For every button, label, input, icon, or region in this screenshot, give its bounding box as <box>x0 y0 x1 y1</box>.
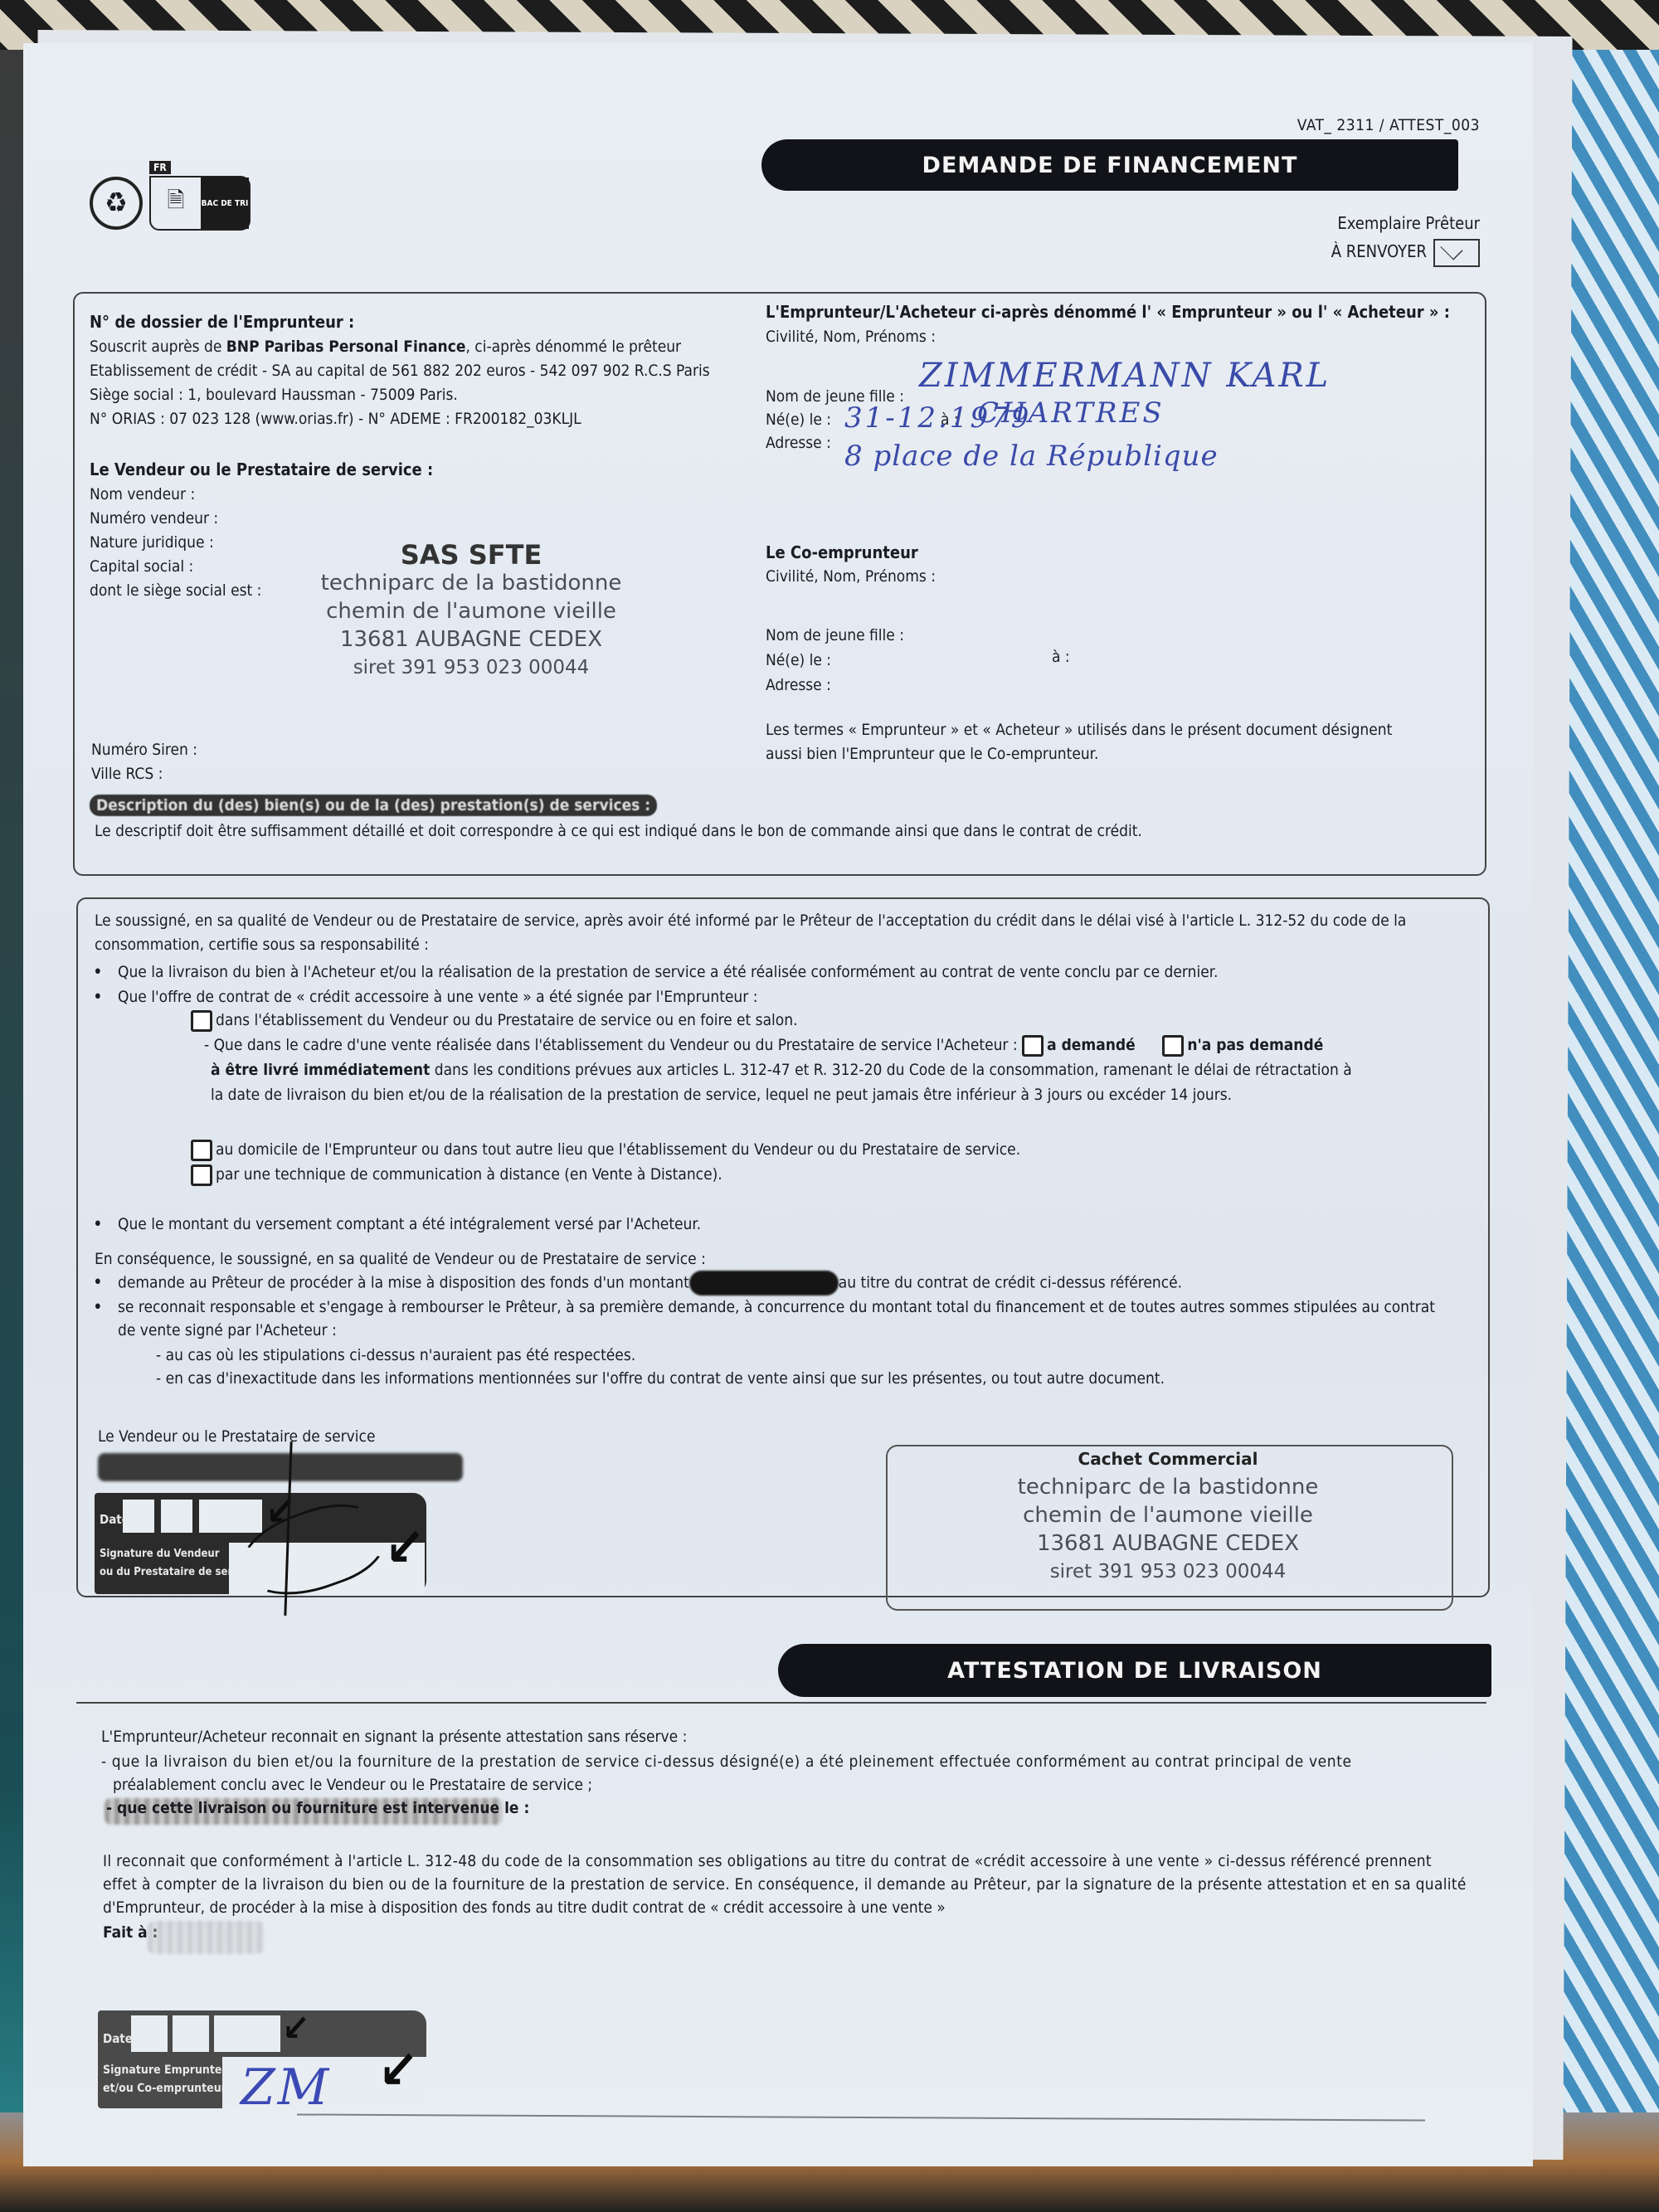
certification-bullet-1: Que la livraison du bien à l'Acheteur et… <box>118 960 1218 984</box>
copy-label-block: Exemplaire Prêteur À RENVOYER <box>1331 209 1480 267</box>
vendor-name-label: Nom vendeur : <box>90 483 261 507</box>
vendor-signature-heading: Le Vendeur ou le Prestataire de service <box>98 1425 375 1449</box>
info-tri-logo: FR 🗎 BAC DE TRI <box>149 176 251 231</box>
responsibility-line-1: se reconnait responsable et s'engage à r… <box>118 1296 1435 1320</box>
arrow-down-left-icon: ↙ <box>282 2010 309 2047</box>
borrower-birth-label: Né(e) le : <box>766 408 831 432</box>
borrower-date-day[interactable] <box>131 2015 168 2052</box>
envelope-icon <box>1433 239 1480 267</box>
attestation-item-1-line-1: - que la livraison du bien et/ou la four… <box>101 1750 1352 1774</box>
page-title: DEMANDE DE FINANCEMENT <box>761 139 1458 191</box>
attestation-title: ATTESTATION DE LIVRAISON <box>778 1644 1491 1697</box>
borrower-civility-label: Civilité, Nom, Prénoms : <box>766 325 936 349</box>
copy-label: Exemplaire Prêteur <box>1331 209 1480 237</box>
attestation-item-1-line-2: préalablement conclu avec le Vendeur ou … <box>113 1773 592 1797</box>
borrower-signature-label-2: et/ou Co-emprunteur : <box>103 2080 234 2097</box>
checkbox-not-asked[interactable] <box>1162 1035 1184 1057</box>
description-heading-wrap: Description du (des) bien(s) ou de la (d… <box>90 794 657 818</box>
coborrower-birth-label: Né(e) le : <box>766 649 831 673</box>
option-establishment-label: dans l'établissement du Vendeur ou du Pr… <box>216 1011 798 1029</box>
lender-name: BNP Paribas Personal Finance <box>226 338 466 356</box>
borrower-name-value[interactable]: ZIMMERMANN KARL <box>919 357 1331 395</box>
borrower-heading: L'Emprunteur/L'Acheteur ci-après dénommé… <box>766 300 1450 324</box>
vendor-number-label: Numéro vendeur : <box>90 507 261 531</box>
vendor-stamp: SAS SFTE techniparc de la bastidonne che… <box>297 541 645 682</box>
attestation-item-2: - que cette livraison ou fourniture est … <box>106 1796 529 1821</box>
recycling-bin-icon: BAC DE TRI <box>201 177 249 229</box>
asked-label: a demandé <box>1047 1036 1136 1054</box>
immediate-delivery-text: dans les conditions prévues aux articles… <box>430 1061 1351 1079</box>
lender-line-1: Souscrit auprès de BNP Paribas Personal … <box>90 335 681 359</box>
borrower-birth-place-value[interactable]: CHARTRES <box>977 396 1165 430</box>
certification-bullet-2: Que l'offre de contrat de « crédit acces… <box>118 985 757 1009</box>
vendor-signature-label-1: Signature du Vendeur <box>100 1546 220 1563</box>
funds-request: demande au Prêteur de procéder à la mise… <box>118 1271 1182 1296</box>
borrower-date-year[interactable] <box>214 2015 280 2052</box>
stamp-line-1: techniparc de la bastidonne <box>297 569 645 597</box>
option-distance: par une technique de communication à dis… <box>191 1163 722 1187</box>
stamp-siret: siret 391 953 023 00044 <box>297 654 645 682</box>
info-tri-region: FR <box>149 161 171 174</box>
arrow-down-left-icon: ↙ <box>385 1521 425 1574</box>
coborrower-maiden-label: Nom de jeune fille : <box>766 624 904 648</box>
vendor-date-day[interactable] <box>123 1500 154 1533</box>
document-reference: VAT_ 2311 / ATTEST_003 <box>1297 116 1480 134</box>
responsibility-line-2: de vente signé par l'Acheteur : <box>118 1319 337 1343</box>
vendor-heading: Le Vendeur ou le Prestataire de service … <box>90 458 433 482</box>
immediate-delivery-line: - Que dans le cadre d'une vente réalisée… <box>204 1033 1323 1057</box>
attestation-intro: L'Emprunteur/Acheteur reconnait en signa… <box>101 1725 687 1749</box>
option-home-label: au domicile de l'Emprunteur ou dans tout… <box>216 1140 1020 1159</box>
lender-line-3: Siège social : 1, boulevard Haussman - 7… <box>90 383 458 407</box>
cachet-stamp-line-2: chemin de l'aumone vieille <box>886 1501 1450 1529</box>
stamp-line-2: chemin de l'aumone vieille <box>297 597 645 625</box>
certification-intro-2: consommation, certifie sous sa responsab… <box>95 933 429 957</box>
coborrower-address-label: Adresse : <box>766 673 831 698</box>
borrower-signature-label-1: Signature Emprunteur <box>103 2062 235 2078</box>
siren-label: Numéro Siren : <box>91 738 197 762</box>
coborrower-note-line-1: Les termes « Emprunteur » et « Acheteur … <box>766 718 1392 742</box>
vendor-capital-label: Capital social : <box>90 555 261 579</box>
funds-request-suffix: au titre du contrat de crédit ci-dessus … <box>839 1274 1182 1292</box>
immediate-delivery-line-2: à être livré immédiatement dans les cond… <box>211 1058 1352 1082</box>
immediate-delivery-line-3: la date de livraison du bien et/ou de la… <box>211 1083 1232 1107</box>
funds-request-prefix: demande au Prêteur de procéder à la mise… <box>118 1274 689 1292</box>
certification-bullet-3: Que le montant du versement comptant a é… <box>118 1213 701 1237</box>
vendor-date-month[interactable] <box>161 1500 192 1533</box>
borrower-address-label: Adresse : <box>766 431 831 455</box>
redacted-place <box>148 1921 264 1954</box>
coborrower-note-line-2: aussi bien l'Emprunteur que le Co-emprun… <box>766 742 1098 766</box>
checkbox-asked[interactable] <box>1022 1035 1044 1057</box>
certification-intro-1: Le soussigné, en sa qualité de Vendeur o… <box>95 909 1406 933</box>
consequence-text: En conséquence, le soussigné, en sa qual… <box>95 1247 706 1271</box>
immediate-delivery-prefix: - Que dans le cadre d'une vente réalisée… <box>204 1036 1018 1054</box>
immediate-delivery-bold: à être livré immédiatement <box>211 1061 430 1079</box>
case-2: - en cas d'inexactitude dans les informa… <box>156 1367 1165 1391</box>
description-text: Le descriptif doit être suffisamment dét… <box>95 819 1142 843</box>
not-asked-label: n'a pas demandé <box>1187 1036 1323 1054</box>
checkbox-home[interactable] <box>191 1140 212 1161</box>
cachet-stamp-siret: siret 391 953 023 00044 <box>886 1558 1450 1586</box>
cachet-label: Cachet Commercial <box>886 1445 1450 1473</box>
rcs-label: Ville RCS : <box>91 762 163 786</box>
dossier-heading: N° de dossier de l'Emprunteur : <box>90 310 354 334</box>
lender-line-2: Etablissement de crédit - SA au capital … <box>90 359 710 383</box>
lender-prefix: Souscrit auprès de <box>90 338 226 356</box>
case-1: - au cas où les stipulations ci-dessus n… <box>156 1344 635 1368</box>
stamp-line-3: 13681 AUBAGNE CEDEX <box>297 625 645 654</box>
cachet-stamp-line-3: 13681 AUBAGNE CEDEX <box>886 1529 1450 1558</box>
vendor-date-year[interactable] <box>199 1500 262 1533</box>
option-distance-label: par une technique de communication à dis… <box>216 1165 722 1184</box>
borrower-date-month[interactable] <box>173 2015 209 2052</box>
attestation-para-line-3: d'Emprunteur, de procéder à la mise à di… <box>103 1896 946 1920</box>
arrow-down-left-icon: ↙ <box>378 2044 418 2097</box>
attestation-para-line-1: Il reconnait que conformément à l'articl… <box>103 1850 1432 1874</box>
lender-line-4: N° ORIAS : 07 023 128 (www.orias.fr) - N… <box>90 407 581 431</box>
description-heading: Description du (des) bien(s) ou de la (d… <box>90 795 657 816</box>
borrower-address-value[interactable]: 8 place de la République <box>844 440 1219 473</box>
coborrower-place-label: à : <box>1052 645 1070 669</box>
vendor-legal-form-label: Nature juridique : <box>90 531 261 555</box>
return-label: À RENVOYER <box>1331 241 1427 261</box>
triman-recycling-icon: ♻ <box>90 177 143 230</box>
stamp-company-name: SAS SFTE <box>297 541 645 569</box>
lender-suffix: , ci-après dénommé le prêteur <box>465 338 681 356</box>
attestation-para-line-2: effet à compter de la livraison du bien … <box>103 1873 1467 1897</box>
checkbox-establishment[interactable] <box>191 1010 212 1032</box>
redacted-vendor-place <box>98 1453 463 1481</box>
checkbox-distance[interactable] <box>191 1164 212 1186</box>
borrower-handwritten-signature: ZM <box>241 2059 331 2117</box>
coborrower-heading: Le Co-emprunteur <box>766 541 918 565</box>
redacted-amount <box>689 1271 839 1296</box>
option-home: au domicile de l'Emprunteur ou dans tout… <box>191 1138 1020 1162</box>
vendor-labels: Nom vendeur : Numéro vendeur : Nature ju… <box>90 483 261 603</box>
form-page: ♻ FR 🗎 BAC DE TRI VAT_ 2311 / ATTEST_003… <box>23 43 1533 2166</box>
option-establishment: dans l'établissement du Vendeur ou du Pr… <box>191 1009 798 1033</box>
vendor-headquarters-label: dont le siège social est : <box>90 579 261 603</box>
cachet-stamp-line-1: techniparc de la bastidonne <box>886 1473 1450 1501</box>
commercial-stamp: Cachet Commercial techniparc de la basti… <box>886 1445 1450 1586</box>
recycling-logos: ♻ FR 🗎 BAC DE TRI <box>90 176 251 231</box>
paper-document-icon: 🗎 <box>151 177 201 229</box>
coborrower-civility-label: Civilité, Nom, Prénoms : <box>766 565 936 589</box>
